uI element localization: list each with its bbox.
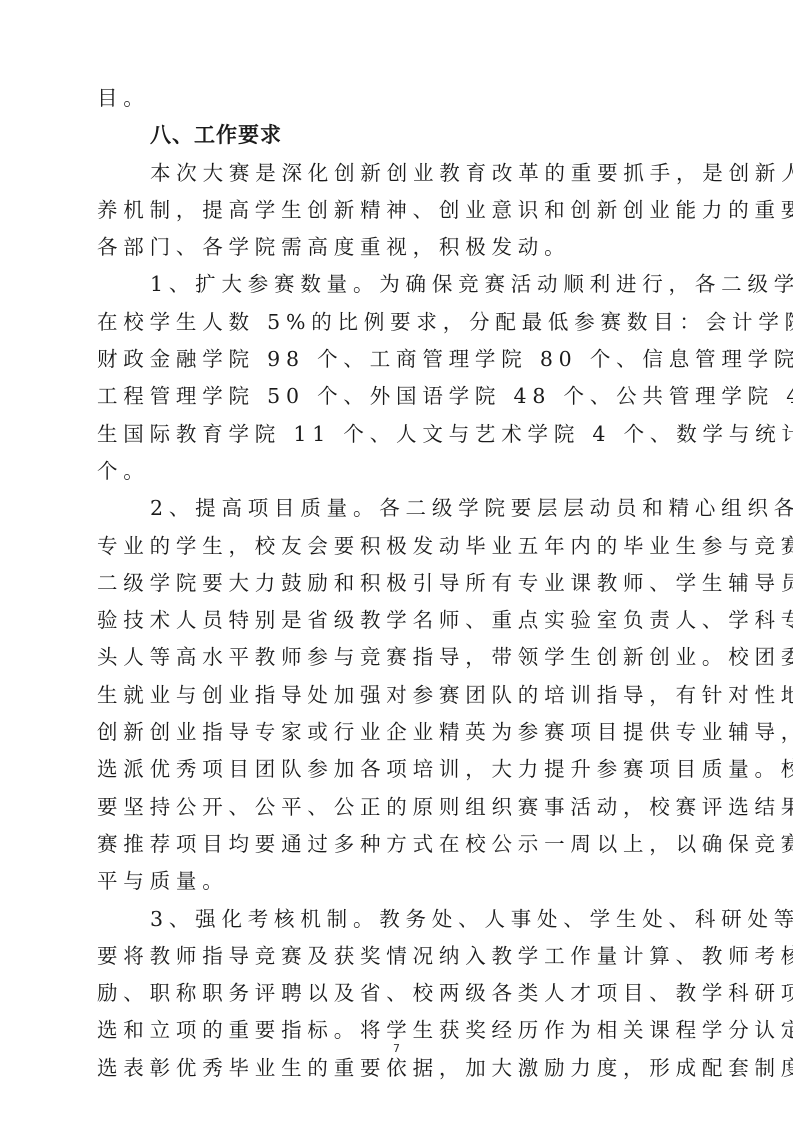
item-2-line: 头人等高水平教师参与竞赛指导，带领学生创新创业。校团委、招 [97,639,711,676]
item-1-line: 工程管理学院 50 个、外国语学院 48 个、公共管理学院 41 个、厚 [97,378,711,415]
item-2-line: 创新创业指导专家或行业企业精英为参赛项目提供专业辅导，积极 [97,714,711,751]
item-1-line: 财政金融学院 98 个、工商管理学院 80 个、信息管理学院 55 个、 [97,341,711,378]
item-3-line: 选表彰优秀毕业生的重要依据，加大激励力度，形成配套制度。 [97,1050,711,1087]
text-line: 目。 [97,80,711,117]
page-content: 目。 八、工作要求 本次大赛是深化创新创业教育改革的重要抓手，是创新人才培 养机… [97,80,711,1087]
document-page: 目。 八、工作要求 本次大赛是深化创新创业教育改革的重要抓手，是创新人才培 养机… [0,0,793,1122]
item-1-line: 生国际教育学院 11 个、人文与艺术学院 4 个、数学与统计学院 2 [97,416,711,453]
item-2-line: 二级学院要大力鼓励和积极引导所有专业课教师、学生辅导员、实 [97,565,711,602]
item-2-line: 平与质量。 [97,863,711,900]
paragraph-intro-line: 养机制，提高学生创新精神、创业意识和创新创业能力的重要举措， [97,192,711,229]
item-2-line: 选派优秀项目团队参加各项培训，大力提升参赛项目质量。校团委 [97,751,711,788]
item-3-line: 励、职称职务评聘以及省、校两级各类人才项目、教学科研项目遴 [97,975,711,1012]
item-1-line: 在校学生人数 5%的比例要求，分配最低参赛数目：会计学院 184 个、 [97,304,711,341]
item-2-line: 要坚持公开、公平、公正的原则组织赛事活动，校赛评选结果、省 [97,789,711,826]
item-3-line: 要将教师指导竞赛及获奖情况纳入教学工作量计算、教师考核奖 [97,938,711,975]
item-2-line: 生就业与创业指导处加强对参赛团队的培训指导，有针对性地聘请 [97,677,711,714]
section-heading: 八、工作要求 [97,117,711,154]
paragraph-intro-line: 本次大赛是深化创新创业教育改革的重要抓手，是创新人才培 [97,155,711,192]
item-2-line: 验技术人员特别是省级教学名师、重点实验室负责人、学科专业带 [97,602,711,639]
item-2-line: 专业的学生，校友会要积极发动毕业五年内的毕业生参与竞赛。各 [97,528,711,565]
item-3-line: 3、强化考核机制。教务处、人事处、学生处、科研处等部门 [97,901,711,938]
item-2-line: 赛推荐项目均要通过多种方式在校公示一周以上，以确保竞赛的公 [97,826,711,863]
item-1-line: 1、扩大参赛数量。为确保竞赛活动顺利进行，各二级学院按 [97,266,711,303]
page-number: 7 [0,1042,793,1055]
item-2-line: 2、提高项目质量。各二级学院要层层动员和精心组织各学科 [97,490,711,527]
item-1-line: 个。 [97,453,711,490]
paragraph-intro-line: 各部门、各学院需高度重视，积极发动。 [97,229,711,266]
